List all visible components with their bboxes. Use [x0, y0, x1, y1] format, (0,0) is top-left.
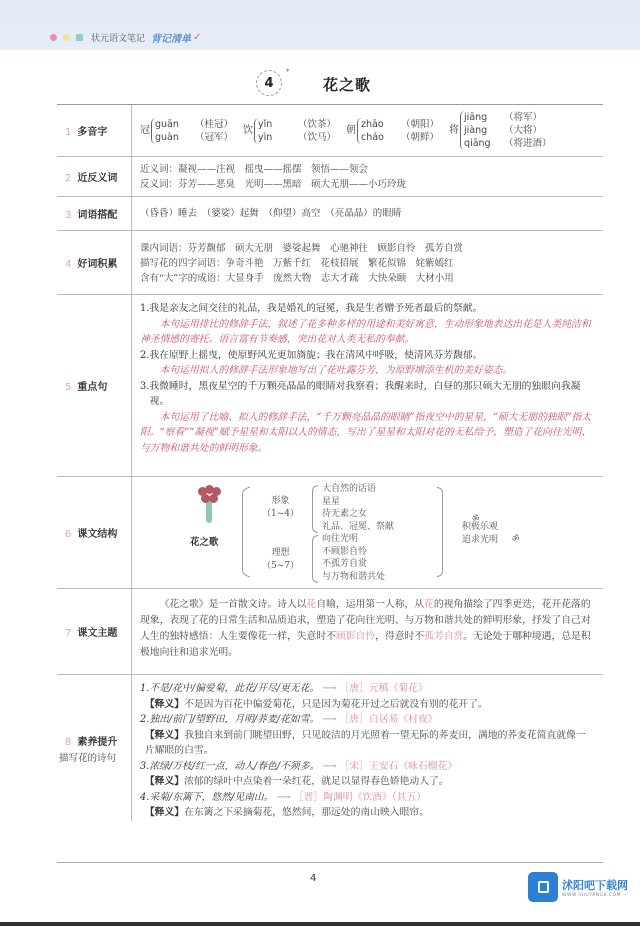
section-key-sentences: 5重点句 1.我是亲友之间交往的礼品，我是婚礼的冠冕，我是生者赠予死者最后的祭献… — [57, 295, 603, 477]
sentence-note: 本句运用排比的修辞手法，叙述了花多种多样的用途和美好寓意，生动形象地表达出花是人… — [140, 317, 595, 348]
section-synonyms-antonyms: 2近反义词 近义词：凝视——注视 摇曳——摇摆 领悟——领会 反义词：芬芳——恶… — [57, 157, 603, 197]
poem-source: ［宋］王安石《咏石榴花》 — [340, 761, 458, 772]
star-icon: * — [286, 68, 290, 76]
polyphone-char: 饮 — [243, 123, 253, 138]
poem-line: 4.采菊/东篱下，悠然/见南山。 ⟶ ［晋］陶渊明《饮酒》（其五） — [140, 790, 595, 806]
branch-node: 形象 （1~4） — [262, 495, 299, 521]
polyphone-reading: guàn（冠军） — [155, 131, 233, 144]
polyphone-reading: jiāng（将军） — [464, 111, 552, 124]
arrow-icon: ⟶ — [319, 761, 339, 772]
lesson-number: 4 — [256, 70, 282, 96]
section-good-words: 4好词积累 课内词语：芬芳馥郁 硕大无朋 婆娑起舞 心驰神往 顾影自怜 孤芳自赏… — [57, 231, 603, 295]
word-line: 课内词语：芬芳馥郁 硕大无朋 婆娑起舞 心驰神往 顾影自怜 孤芳自赏 — [140, 241, 595, 256]
flower-icon — [198, 487, 220, 525]
section-label: 7课文主题 — [57, 589, 132, 674]
polyphone-group: 饮yǐn（饮茶）yìn（饮马） — [243, 118, 336, 144]
branch-items: 大自然的话语 星星 待无素之女 礼品、冠冕、祭献 — [322, 483, 394, 533]
structure-diagram: 花之歌 形象 （1~4） 理想 （5~7） 大自然的话语 星星 待无素之女 礼品… — [132, 479, 603, 585]
section-content: 《花之歌》是一首散文诗。诗人以花自喻，运用第一人称，从花的视角描绘了四季更迭，花… — [132, 589, 603, 674]
structure-result: 积极乐观 追求光明 — [462, 521, 498, 547]
poem-line: 1.不是/花中/偏爱菊，此花/开尽/更无花。 ⟶ ［唐］元稹《菊花》 — [140, 681, 595, 697]
polyphone-reading: qiāng（将进酒） — [464, 137, 552, 150]
arrow-icon: ⟶ — [274, 792, 294, 803]
brand-slogan: 背记清单 — [151, 30, 191, 45]
sparkle-icon: ॐ — [512, 531, 519, 546]
section-label: 6课文结构 — [57, 477, 132, 588]
key-sentence: 1.我是亲友之间交往的礼品，我是婚礼的冠冕，我是生者赠予死者最后的祭献。 — [140, 301, 595, 317]
arrow-icon: ⟶ — [319, 683, 339, 694]
poem-meaning: 【释义】不是因为百花中偏爱菊花，只是因为菊花开过之后就没有别的花开了。 — [140, 697, 595, 713]
watermark-logo-icon — [528, 872, 558, 902]
poem-source: ［唐］白居易《村夜》 — [340, 714, 438, 725]
word-line: 描写花的四字词语：争奇斗艳 万紫千红 花枝招展 繁花似锦 姹紫嫣红 — [140, 256, 595, 271]
watermark-url: WWW.SHUYANG8.COM — [562, 893, 628, 898]
polyphone-reading: zhāo（朝阳） — [361, 118, 439, 131]
synonyms-line: 近义词：凝视——注视 摇曳——摇摆 领悟——领会 — [140, 162, 595, 177]
lesson-title-row: 4 * 花之歌 — [0, 68, 640, 104]
section-literacy-poems: 8素养提升 描写花的诗句 1.不是/花中/偏爱菊，此花/开尽/更无花。 ⟶ ［唐… — [57, 675, 603, 821]
polyphone-reading: cháo（朝鲜） — [361, 131, 439, 144]
section-label: 3词语搭配 — [57, 197, 132, 230]
watermark-name: 沭阳吧下载网 — [562, 877, 628, 893]
polyphone-char: 朝 — [346, 123, 356, 138]
brace — [312, 535, 318, 583]
polyphone-reading: yìn（饮马） — [258, 131, 336, 144]
section-label: 5重点句 — [57, 295, 132, 476]
branch-items: 向往光明 不顾影自怜 不孤芳自赏 与万物和谐共处 — [322, 533, 385, 583]
poem-line: 2.独出/前门/望野田，月明/荞麦/花如雪。 ⟶ ［唐］白居易《村夜》 — [140, 712, 595, 728]
poem-meaning: 【释义】我独自来到前门眺望田野，只见皎洁的月光照着一望无际的荞麦田，满地的荞麦花… — [140, 728, 595, 759]
key-sentence: 3.我微睡时，黑夜星空的千万颗亮晶晶的眼睛对我察看；我醒来时，白昼的那只硕大无朋… — [140, 379, 595, 410]
section-text-theme: 7课文主题 《花之歌》是一首散文诗。诗人以花自喻，运用第一人称，从花的视角描绘了… — [57, 589, 603, 675]
page-number: 4 — [310, 873, 316, 884]
poem-meaning: 【释义】浓郁的绿叶中点染着一朵红花，就足以显得春色娇艳动人了。 — [140, 774, 595, 790]
section-content: 花之歌 形象 （1~4） 理想 （5~7） 大自然的话语 星星 待无素之女 礼品… — [132, 477, 603, 588]
footer-divider — [57, 862, 603, 863]
brace — [437, 487, 443, 577]
polyphone-group: 冠guān（桂冠）guàn（冠军） — [140, 118, 233, 144]
lesson-title: 花之歌 — [323, 74, 371, 95]
section-content: 冠guān（桂冠）guàn（冠军）饮yǐn（饮茶）yìn（饮马）朝zhāo（朝阳… — [132, 105, 603, 156]
polyphone-list: 冠guān（桂冠）guàn（冠军）饮yǐn（饮茶）yìn（饮马）朝zhāo（朝阳… — [140, 109, 595, 152]
collocation-line: （昏昏）睡去 （婆娑）起舞 （仰望）高空 （亮晶晶）的眼睛 — [140, 206, 401, 221]
sentence-note: 本句运用拟人的修辞手法形象地写出了花吐露芬芳，为原野增添生机的美好姿态。 — [140, 363, 595, 379]
section-content: 课内词语：芬芳馥郁 硕大无朋 婆娑起舞 心驰神往 顾影自怜 孤芳自赏 描写花的四… — [132, 231, 603, 294]
antonyms-line: 反义词：芬芳——恶臭 光明——黑暗 硕大无朋——小巧玲珑 — [140, 177, 595, 192]
polyphone-reading: yǐn（饮茶） — [258, 118, 336, 131]
polyphone-reading: guān（桂冠） — [155, 118, 233, 131]
check-icon: ✓ — [193, 32, 201, 43]
key-sentence: 2.我在原野上摇曳，使原野风光更加旖旎；我在清风中呼吸，使清风芬芳馥郁。 — [140, 348, 595, 364]
polyphone-group: 朝zhāo（朝阳）cháo（朝鲜） — [346, 118, 439, 144]
theme-paragraph: 《花之歌》是一首散文诗。诗人以花自喻，运用第一人称，从花的视角描绘了四季更迭，花… — [140, 597, 595, 661]
polyphone-char: 冠 — [140, 123, 150, 138]
section-label: 1多音字 — [57, 105, 132, 156]
sentence-note: 本句运用了比喻、拟人的修辞手法，“千万颗亮晶晶的眼睛”指夜空中的星星，“硕大无朋… — [140, 410, 595, 457]
section-label: 4好词积累 — [57, 231, 132, 294]
section-collocations: 3词语搭配 （昏昏）睡去 （婆娑）起舞 （仰望）高空 （亮晶晶）的眼睛 — [57, 197, 603, 231]
section-label: 8素养提升 描写花的诗句 — [57, 675, 132, 821]
poem-list: 1.不是/花中/偏爱菊，此花/开尽/更无花。 ⟶ ［唐］元稹《菊花》【释义】不是… — [132, 675, 603, 821]
dot-icon — [63, 34, 70, 41]
poem-source: ［唐］元稹《菊花》 — [340, 683, 428, 694]
section-content: 近义词：凝视——注视 摇曳——摇摆 领悟——领会 反义词：芬芳——恶臭 光明——… — [132, 157, 603, 196]
section-polyphones: 1多音字 冠guān（桂冠）guàn（冠军）饮yǐn（饮茶）yìn（饮马）朝zh… — [57, 105, 603, 157]
poem-meaning: 【释义】在东篱之下采摘菊花，悠然间，那远处的南山映入眼帘。 — [140, 805, 595, 821]
arrow-icon: ⟶ — [319, 714, 339, 725]
section-content: （昏昏）睡去 （婆娑）起舞 （仰望）高空 （亮晶晶）的眼睛 — [132, 197, 603, 230]
watermark: 沭阳吧下载网 WWW.SHUYANG8.COM — [528, 872, 628, 902]
polyphone-reading: jiàng（大将） — [464, 124, 552, 137]
dot-icon — [76, 34, 83, 41]
word-line: 含有“大”字的成语：大显身手 庞然大物 志大才疏 大快朵颐 大材小用 — [140, 271, 595, 286]
section-label: 2近反义词 — [57, 157, 132, 196]
section-content: 1.我是亲友之间交往的礼品，我是婚礼的冠冕，我是生者赠予死者最后的祭献。 本句运… — [132, 295, 603, 476]
brand-header: 状元语文笔记 背记清单 ✓ — [50, 30, 201, 45]
brace — [312, 485, 318, 533]
polyphone-char: 将 — [449, 123, 459, 138]
polyphone-group: 将jiāng（将军）jiàng（大将）qiāng（将进酒） — [449, 111, 552, 150]
poem-source: ［晋］陶渊明《饮酒》（其五） — [294, 792, 426, 803]
branch-node: 理想 （5~7） — [262, 547, 299, 573]
brace — [242, 487, 250, 577]
brand-name: 状元语文笔记 — [91, 31, 145, 44]
dot-icon — [50, 34, 57, 41]
bottom-edge — [0, 922, 640, 926]
section-text-structure: 6课文结构 花之歌 形象 （1~4） 理想 — [57, 477, 603, 589]
notes-table: 1多音字 冠guān（桂冠）guàn（冠军）饮yǐn（饮茶）yìn（饮马）朝zh… — [57, 104, 603, 821]
structure-root: 花之歌 — [190, 535, 219, 550]
poem-line: 3.浓绿/万枝/红一点，动人/春色/不须多。 ⟶ ［宋］王安石《咏石榴花》 — [140, 759, 595, 775]
